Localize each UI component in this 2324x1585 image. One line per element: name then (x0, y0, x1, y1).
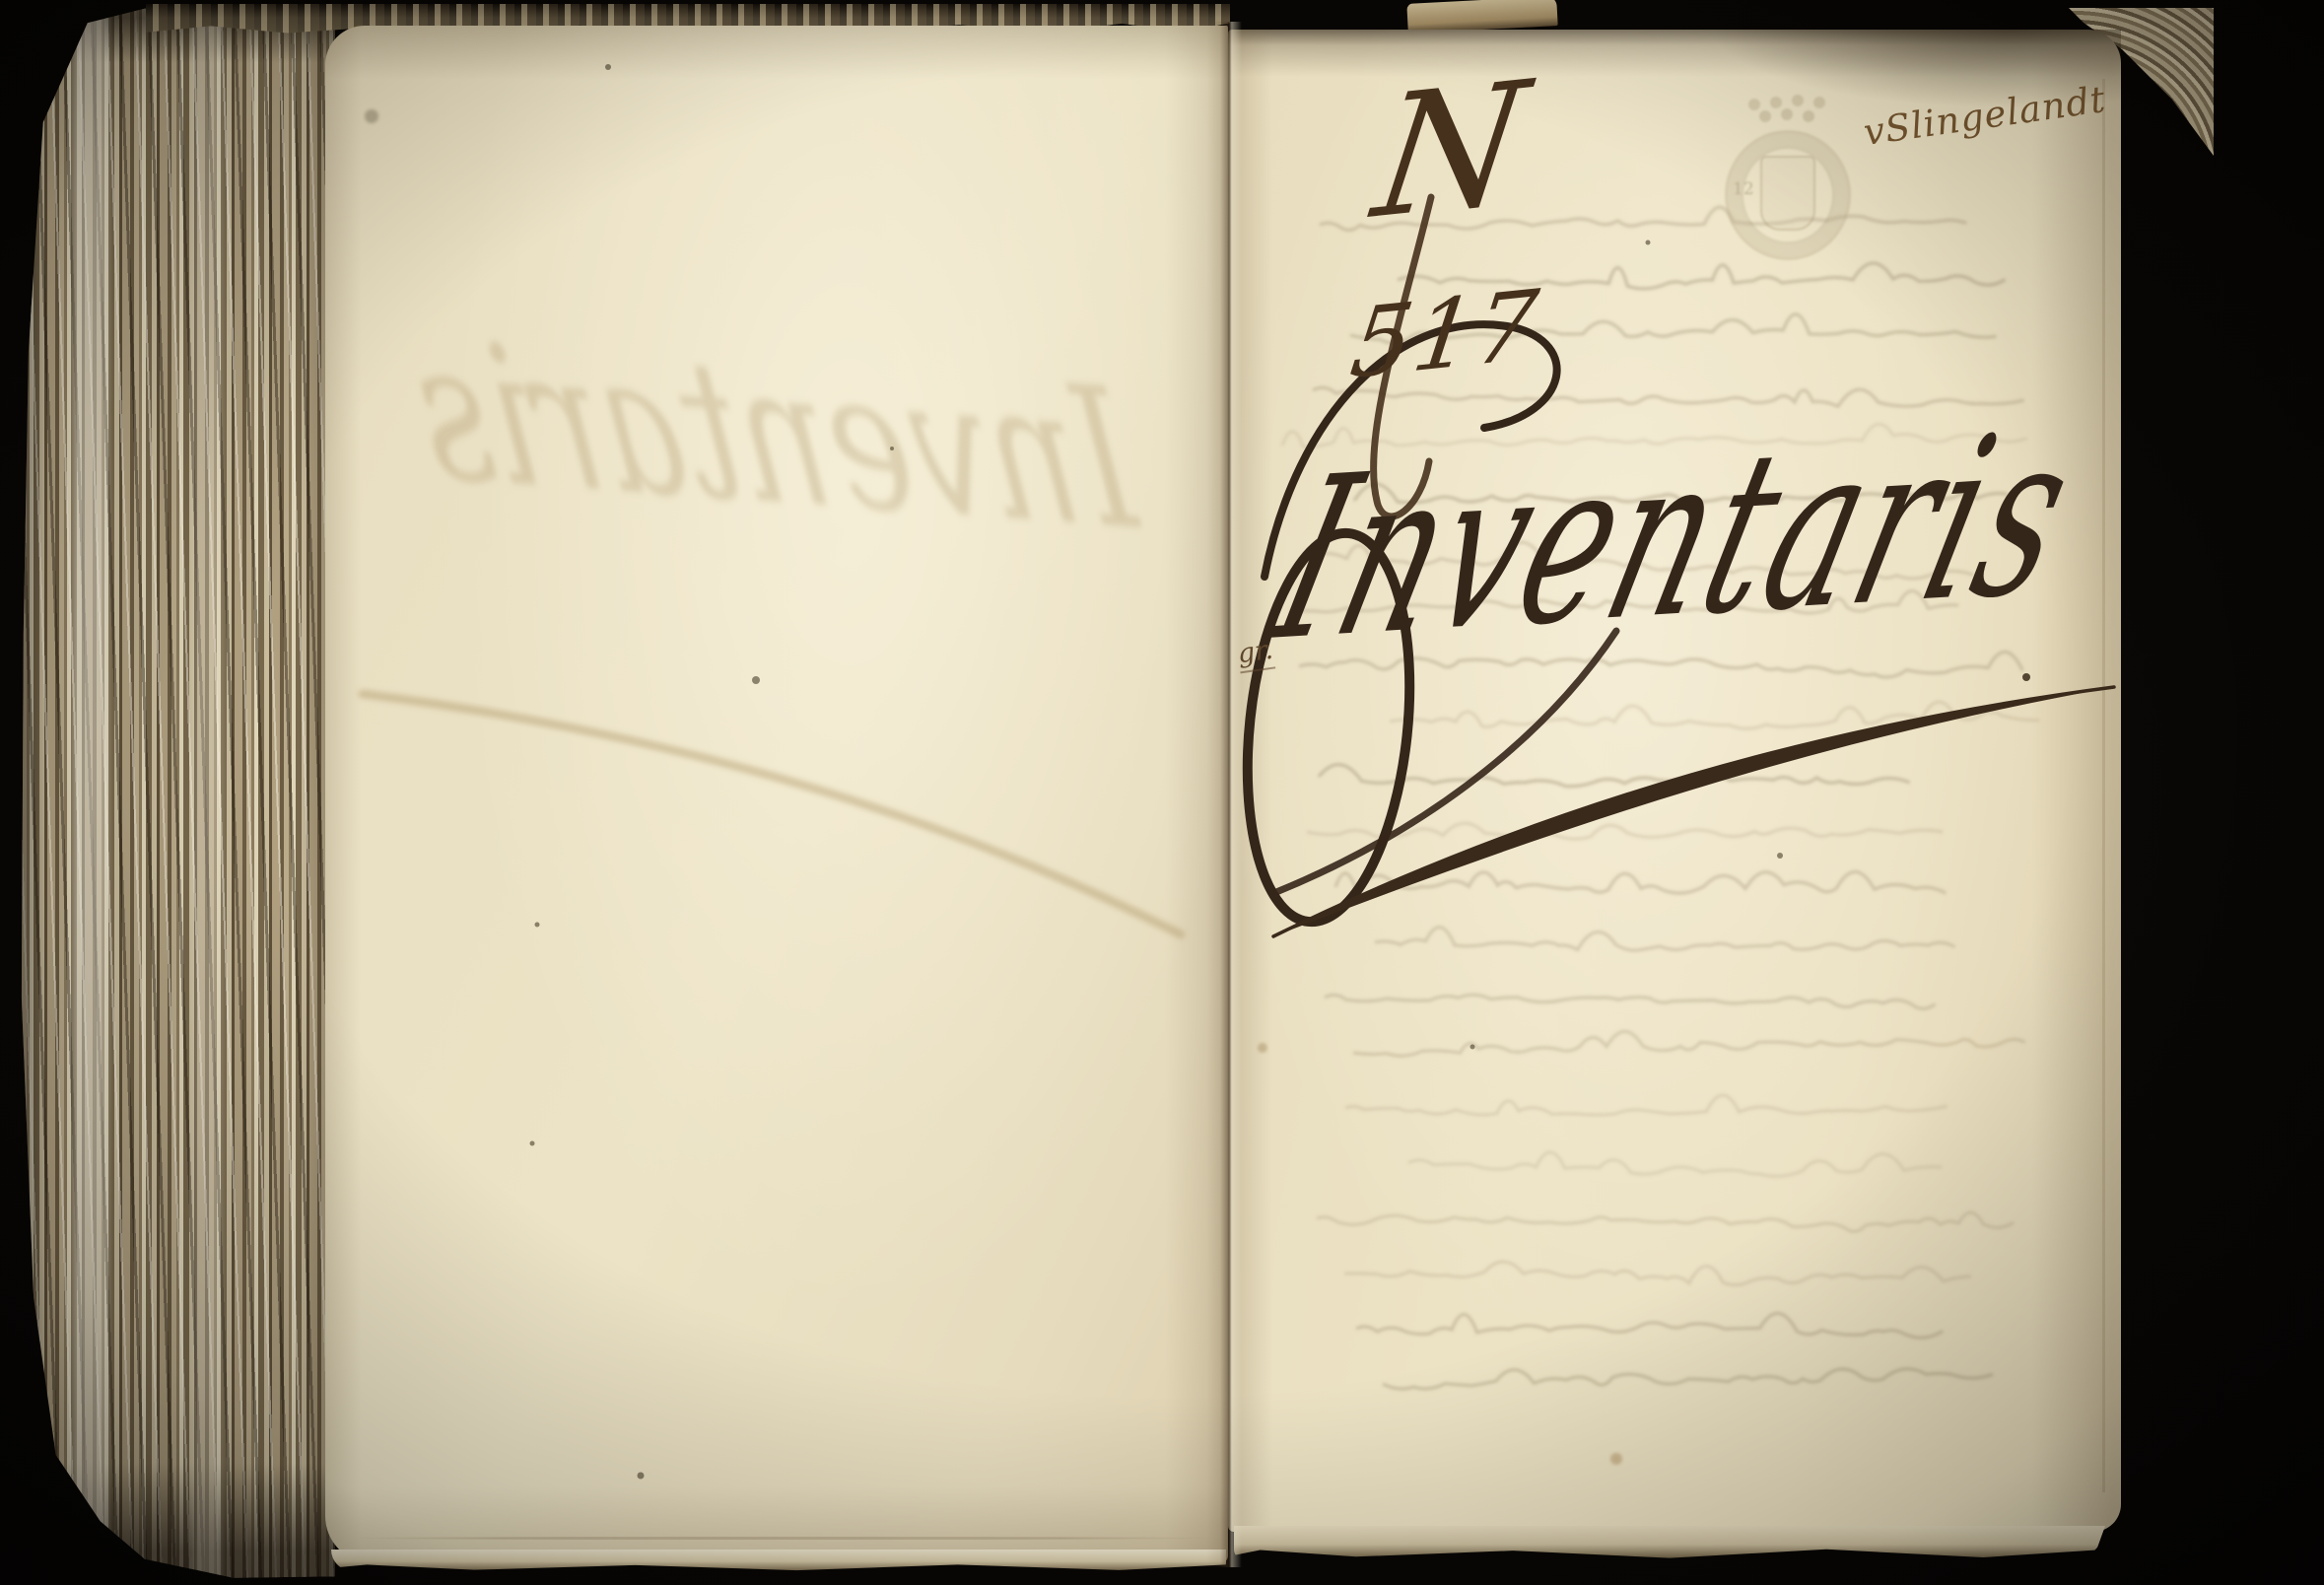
bottom-edge-left (331, 1550, 1226, 1571)
clerk-mark: gr. (1236, 635, 1275, 674)
fore-edge-left (18, 4, 335, 1581)
seal-crown (1748, 99, 1760, 110)
fore-edge-right (2107, 8, 2316, 1571)
gutter-shadow (1206, 22, 1252, 1567)
left-page-crease (347, 1537, 1218, 1540)
left-page (325, 26, 1228, 1563)
bottom-edge-right (1234, 1526, 2105, 1559)
seal-number: 12 (1733, 179, 1754, 199)
embossed-seal: 12 (1725, 97, 1851, 270)
seal-lion-shield (1760, 156, 1815, 231)
title-script: Inventaris (1255, 385, 2097, 692)
photo-stage: Inventaris (0, 0, 2324, 1585)
folio-number: N 517 (1342, 3, 1747, 412)
